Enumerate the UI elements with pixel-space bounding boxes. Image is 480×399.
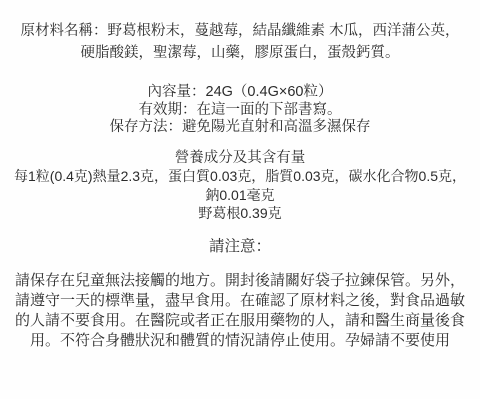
nutrition-line-3: 野葛根0.39克 (0, 204, 480, 223)
warnings-line-2: 請遵守一天的標準量，盡早食用。在確認了原材料之後，對食品過敏 (0, 291, 480, 311)
expiry-date-line: 有效期：在這一面的下部書寫。 (0, 102, 480, 120)
ingredients-section: 原材料名稱：野葛根粉末，蔓越莓，結晶纖維素 木瓜，西洋蒲公英， 硬脂酸鎂，聖潔莓… (0, 20, 480, 64)
ingredients-line-2: 硬脂酸鎂，聖潔莓，山藥，膠原蛋白，蛋殼鈣質。 (0, 42, 480, 64)
warnings-line-4: 用。不符合身體狀況和體質的情況請停止使用。孕婦請不要使用 (0, 331, 480, 351)
package-info-section: 內容量：24G（0.4G×60粒） 有效期：在這一面的下部書寫。 保存方法：避免… (0, 84, 480, 137)
warnings-section: 請保存在兒童無法接觸的地方。開封後請關好袋子拉鍊保管。另外， 請遵守一天的標準量… (0, 271, 480, 351)
nutrition-title: 營養成分及其含有量 (0, 149, 480, 168)
net-content-line: 內容量：24G（0.4G×60粒） (0, 84, 480, 102)
warnings-line-1: 請保存在兒童無法接觸的地方。開封後請關好袋子拉鍊保管。另外， (0, 271, 480, 291)
nutrition-section: 營養成分及其含有量 每1粒(0.4克)熱量2.3克，蛋白質0.03克，脂質0.0… (0, 149, 480, 223)
notice-heading: 請注意： (0, 239, 480, 255)
nutrition-line-1: 每1粒(0.4克)熱量2.3克，蛋白質0.03克，脂質0.03克，碳水化合物0.… (0, 167, 480, 186)
storage-method-line: 保存方法：避免陽光直射和高溫多濕保存 (0, 119, 480, 137)
product-label: 原材料名稱：野葛根粉末，蔓越莓，結晶纖維素 木瓜，西洋蒲公英， 硬脂酸鎂，聖潔莓… (0, 0, 480, 399)
ingredients-line-1: 原材料名稱：野葛根粉末，蔓越莓，結晶纖維素 木瓜，西洋蒲公英， (0, 20, 480, 42)
nutrition-line-2: 鈉0.01毫克 (0, 186, 480, 205)
warnings-line-3: 的人請不要食用。在醫院或者正在服用藥物的人，請和醫生商量後食 (0, 311, 480, 331)
